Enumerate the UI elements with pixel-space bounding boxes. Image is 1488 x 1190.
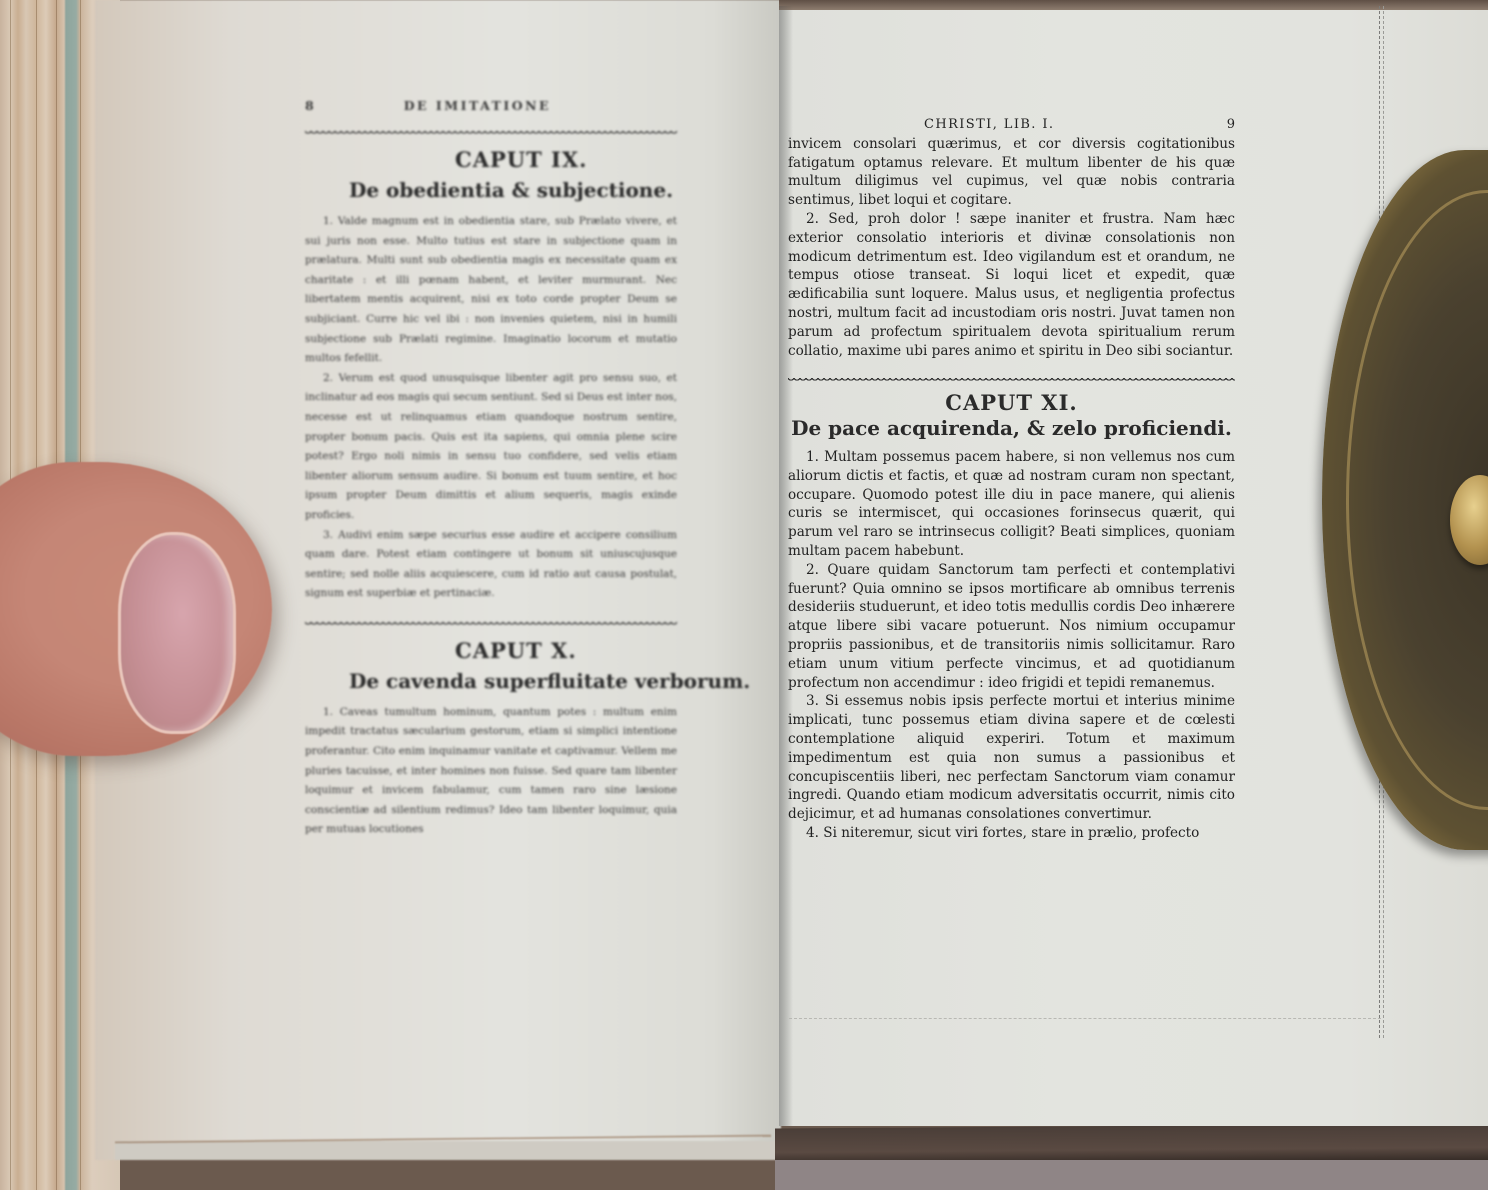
paragraph: 4. Si niteremur, sicut viri fortes, star… [788, 824, 1235, 843]
right-folio: 9 [1227, 116, 1235, 135]
chapter-number: CAPUT IX. [305, 147, 677, 172]
clasp-knob [1450, 475, 1488, 565]
book-photo: 8 DE IMITATIONE CAPUT IX. De obedientia … [0, 0, 1488, 1190]
paragraph: 1. Valde magnum est in obedientia stare,… [305, 212, 677, 369]
left-folio: 8 [305, 98, 314, 113]
chapter-number: CAPUT XI. [788, 394, 1235, 413]
thumbnail [118, 532, 236, 734]
left-page-text: 8 DE IMITATIONE CAPUT IX. De obedientia … [305, 98, 677, 840]
chapter-title: De obedientia & subjectione. [305, 178, 677, 202]
page-crease-horizontal [789, 1018, 1381, 1019]
right-running-title: CHRISTI, LIB. I. [924, 116, 1054, 135]
paragraph: 2. Quare quidam Sanctorum tam perfecti e… [788, 561, 1235, 693]
table-surface [775, 1160, 1488, 1190]
ornamental-rule [305, 131, 677, 137]
chapter-number: CAPUT X. [305, 638, 677, 663]
paragraph: 3. Si essemus nobis ipsis perfecte mortu… [788, 692, 1235, 824]
paragraph-continued: invicem consolari quærimus, et cor diver… [788, 135, 1235, 210]
paragraph: 1. Multam possemus pacem habere, si non … [788, 448, 1235, 561]
ornamental-rule [305, 622, 677, 628]
chapter-title: De cavenda superfluitate verborum. [305, 669, 677, 693]
ornamental-rule [788, 378, 1235, 384]
paragraph: 3. Audivi enim sæpe securius esse audire… [305, 526, 677, 604]
left-running-head: 8 DE IMITATIONE [305, 98, 677, 113]
chapter-title: De pace acquirenda, & zelo proficiendi. [788, 419, 1235, 438]
paragraph: 1. Caveas tumultum hominum, quantum pote… [305, 703, 677, 840]
right-running-head: CHRISTI, LIB. I. 9 [788, 116, 1235, 135]
right-page-text: CHRISTI, LIB. I. 9 invicem consolari quæ… [788, 116, 1235, 843]
left-running-title: DE IMITATIONE [404, 98, 551, 113]
paragraph: 2. Sed, proh dolor ! sæpe inaniter et fr… [788, 210, 1235, 360]
paragraph: 2. Verum est quod unusquisque libenter a… [305, 369, 677, 526]
